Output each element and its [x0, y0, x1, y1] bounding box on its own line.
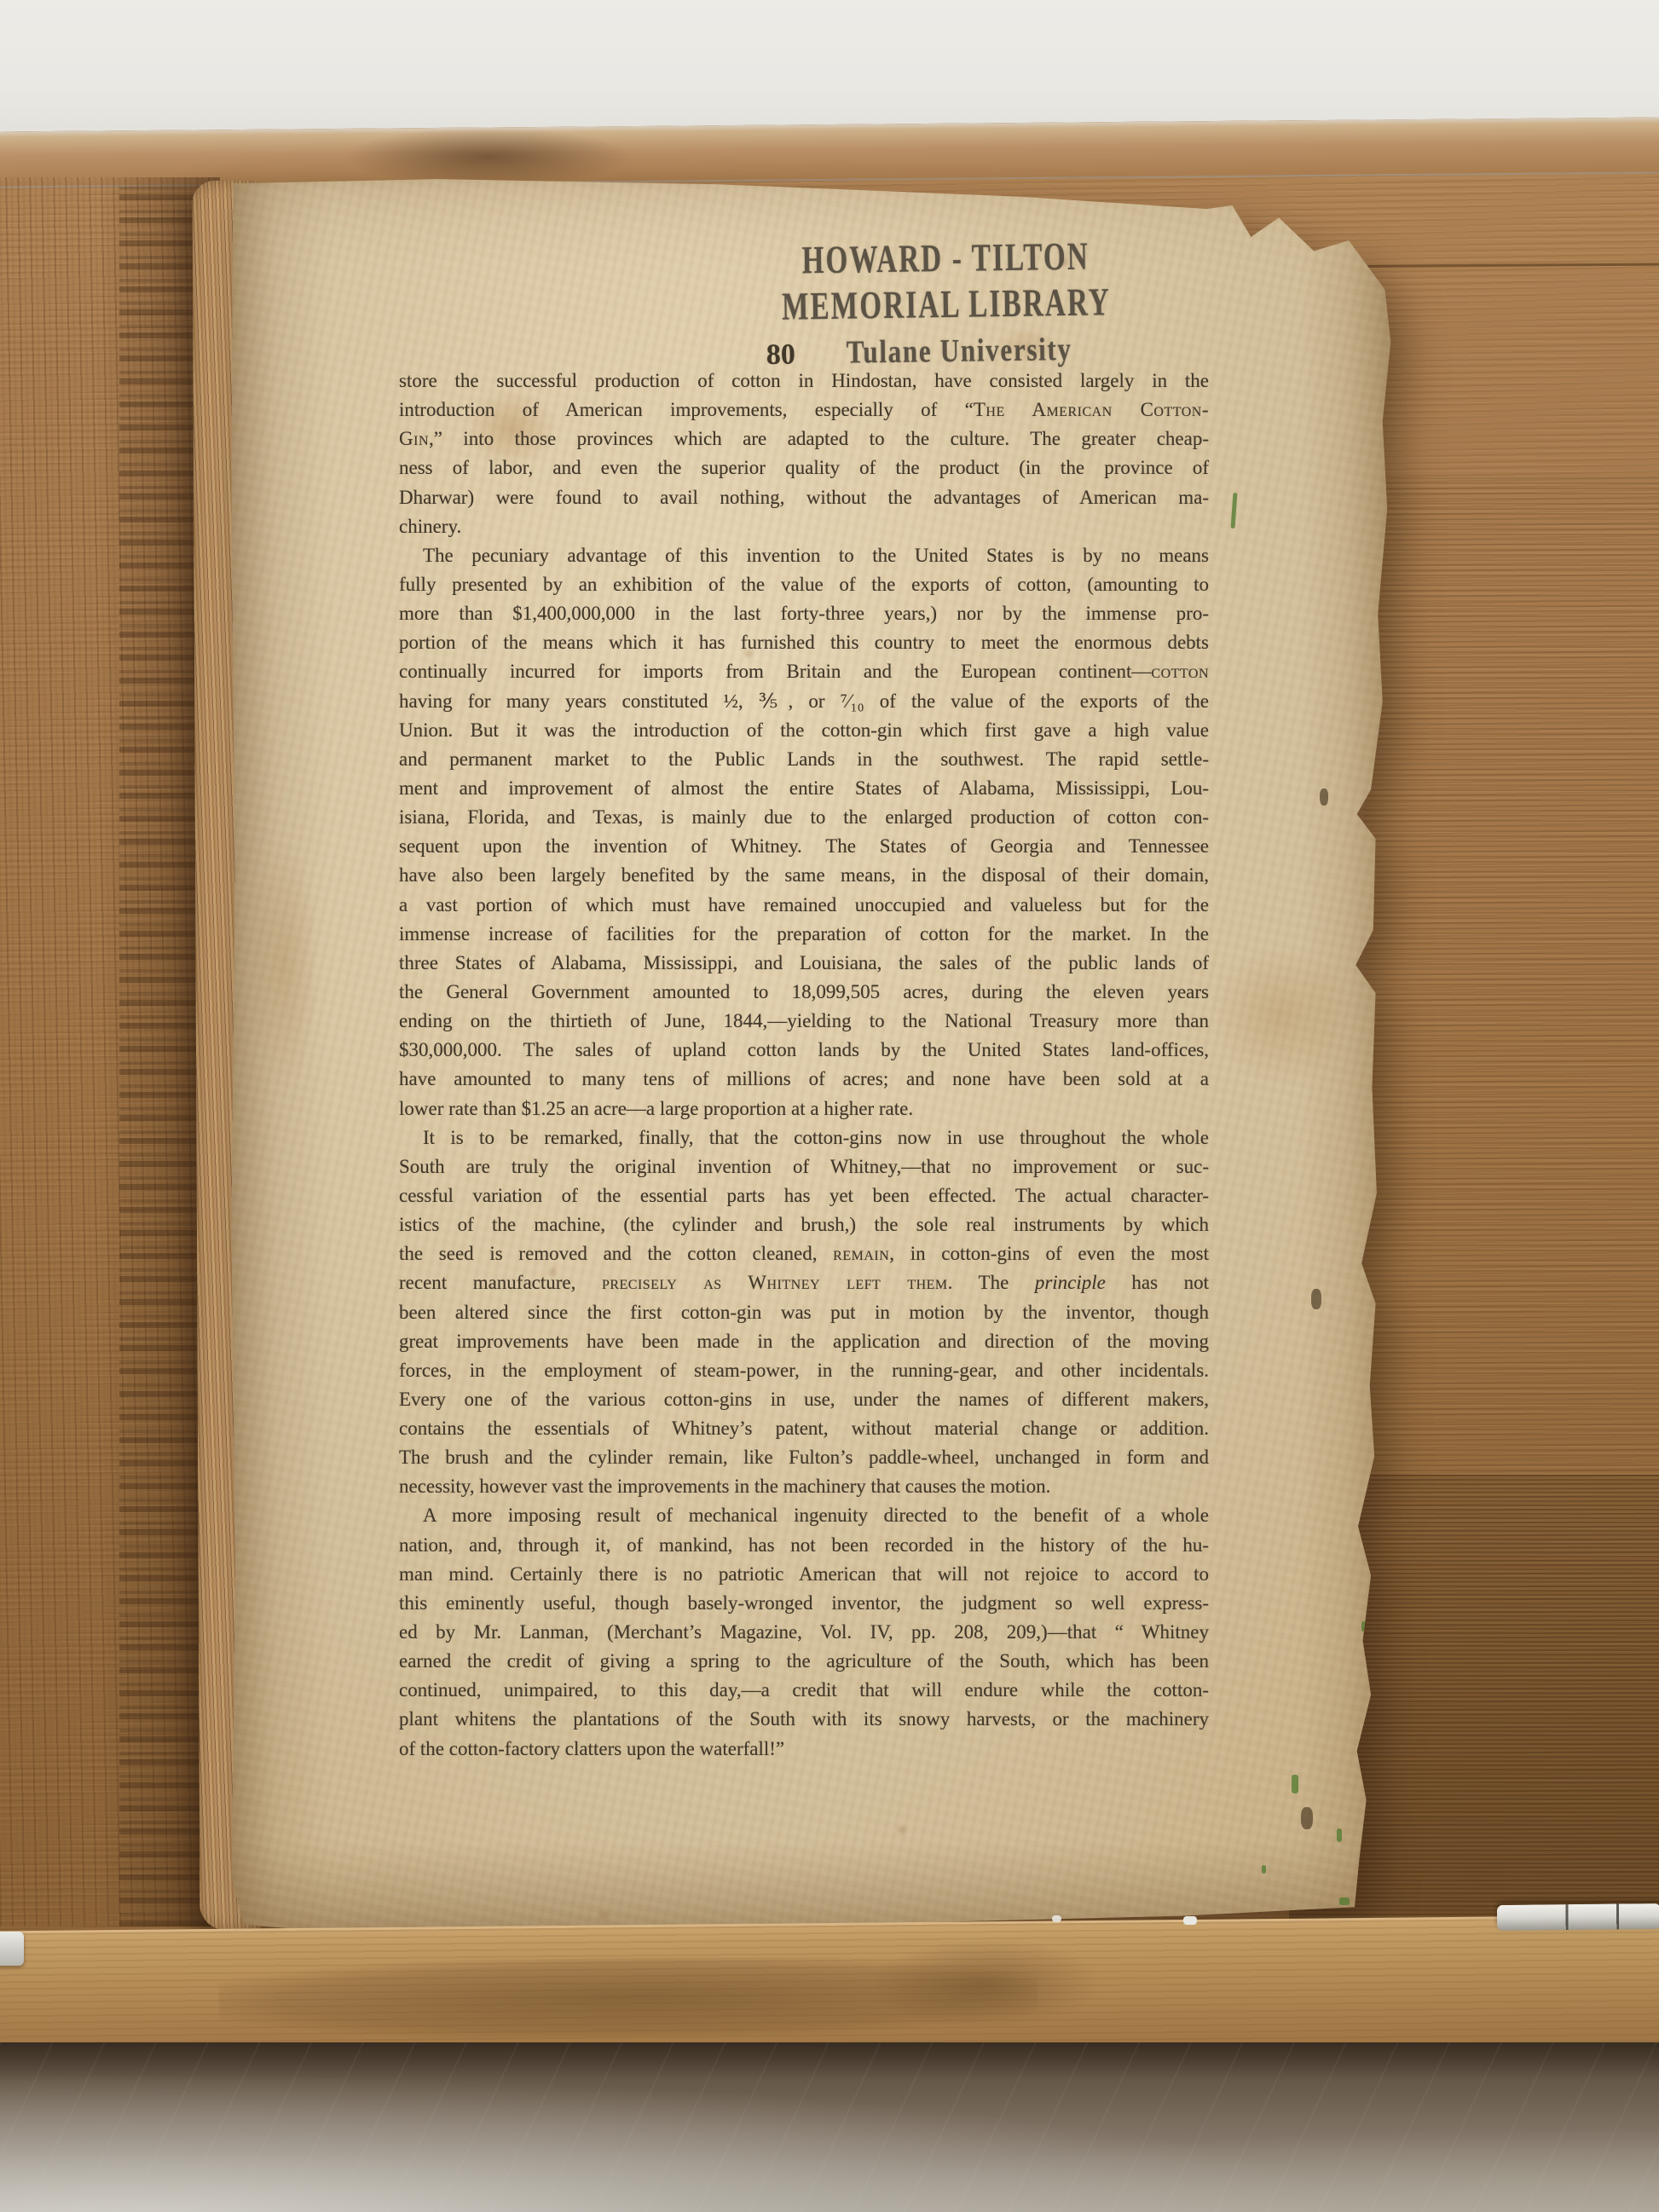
foxing-spot — [597, 1909, 610, 1921]
edge-tear — [1311, 1289, 1321, 1309]
text-line: isiana, Florida, and Texas, is mainly du… — [399, 803, 1209, 832]
text-line: more than $1,400,000,000 in the last for… — [399, 599, 1209, 628]
green-mark — [1361, 1621, 1366, 1632]
metal-speck — [1183, 1916, 1197, 1925]
text-line: ed by Mr. Lanman, (Merchant’s Magazine, … — [399, 1618, 1209, 1647]
stamp-line-3: Tulane University — [847, 331, 1072, 372]
metal-fitting — [0, 1932, 24, 1966]
text-line: A more imposing result of mechanical ing… — [399, 1501, 1209, 1530]
text-line: Every one of the various cotton-gins in … — [399, 1385, 1209, 1414]
text-line: forces, in the employment of steam-power… — [399, 1356, 1209, 1385]
rail-smudge — [875, 1940, 1097, 2027]
paper-stain — [251, 835, 319, 1091]
floor-shadow-area — [0, 2042, 1659, 2212]
metal-speck — [1052, 1915, 1061, 1922]
wood-grain-right — [1364, 477, 1659, 1483]
text-line: $30,000,000. The sales of upland cotton … — [399, 1036, 1209, 1065]
text-line: sequent upon the invention of Whitney. T… — [399, 832, 1209, 861]
text-line: the seed is removed and the cotton clean… — [399, 1239, 1209, 1268]
edge-tear — [1301, 1807, 1313, 1829]
text-line: introduction of American improvements, e… — [399, 396, 1209, 424]
text-line: ending on the thirtieth of June, 1844,—y… — [399, 1007, 1209, 1036]
text-line: recent manufacture, precisely as Whitney… — [399, 1268, 1209, 1297]
text-line: lower rate than $1.25 an acre—a large pr… — [399, 1094, 1209, 1123]
text-line: a vast portion of which must have remain… — [399, 891, 1209, 920]
text-line: been altered since the first cotton-gin … — [399, 1298, 1209, 1327]
text-line: chinery. — [399, 512, 1209, 541]
metal-hinge — [1497, 1903, 1659, 1931]
text-line: nation, and, through it, of mankind, has… — [399, 1531, 1209, 1560]
text-line: Union. But it was the introduction of th… — [399, 716, 1209, 745]
edge-tear — [1320, 788, 1328, 806]
text-line: It is to be remarked, finally, that the … — [399, 1123, 1209, 1152]
page-text: store the successful production of cotto… — [399, 367, 1209, 1764]
text-line: having for many years constituted ½, ⅗, … — [399, 687, 1209, 716]
text-line: earned the credit of giving a spring to … — [399, 1647, 1209, 1676]
text-line: The pecuniary advantage of this inventio… — [399, 541, 1209, 570]
text-line: continually incurred for imports from Br… — [399, 657, 1209, 686]
text-line: plant whitens the plantations of the Sou… — [399, 1705, 1209, 1734]
library-stamp: HOWARD - TILTON MEMORIAL LIBRARY 80 Tula… — [698, 232, 1194, 373]
text-line: Dharwar) were found to avail nothing, wi… — [399, 483, 1209, 512]
text-line: continued, unimpaired, to this day,—a cr… — [399, 1676, 1209, 1705]
foxing-spot — [895, 1824, 909, 1836]
text-line: Gin,” into those provinces which are ada… — [399, 424, 1209, 453]
stamp-line-1: HOWARD - TILTON — [767, 233, 1124, 284]
stamp-line-2: MEMORIAL LIBRARY — [768, 279, 1124, 330]
text-line: contains the essentials of Whitney’s pat… — [399, 1414, 1209, 1443]
text-line: great improvements have been made in the… — [399, 1327, 1209, 1356]
text-line: this eminently useful, though basely-wro… — [399, 1589, 1209, 1618]
text-line: immense increase of facilities for the p… — [399, 920, 1209, 949]
text-line: of the cotton-factory clatters upon the … — [399, 1735, 1209, 1764]
green-mark — [1339, 1897, 1350, 1905]
photo-of-book-page: HOWARD - TILTON MEMORIAL LIBRARY 80 Tula… — [0, 0, 1659, 2212]
text-line: necessity, however vast the improvements… — [399, 1472, 1209, 1501]
green-mark — [1231, 493, 1238, 528]
text-line: fully presented by an exhibition of the … — [399, 570, 1209, 599]
text-line: man mind. Certainly there is no patrioti… — [399, 1560, 1209, 1589]
text-line: have also been largely benefited by the … — [399, 861, 1209, 890]
text-line: istics of the machine, (the cylinder and… — [399, 1210, 1209, 1239]
text-line: The brush and the cylinder remain, like … — [399, 1443, 1209, 1472]
green-mark — [1292, 1775, 1298, 1793]
text-line: portion of the means which it has furnis… — [399, 628, 1209, 657]
text-line: have amounted to many tens of millions o… — [399, 1065, 1209, 1094]
text-line: cessful variation of the essential parts… — [399, 1181, 1209, 1210]
paper-stain — [1209, 943, 1354, 1088]
green-mark — [1337, 1828, 1342, 1842]
text-line: ment and improvement of almost the entir… — [399, 774, 1209, 803]
text-line: and permanent market to the Public Lands… — [399, 745, 1209, 774]
text-line: store the successful production of cotto… — [399, 367, 1209, 396]
green-mark — [1262, 1865, 1266, 1874]
text-line: South are truly the original invention o… — [399, 1152, 1209, 1181]
text-line: ness of labor, and even the superior qua… — [399, 453, 1209, 482]
text-line: the General Government amounted to 18,09… — [399, 978, 1209, 1007]
text-line: three States of Alabama, Mississippi, an… — [399, 949, 1209, 978]
